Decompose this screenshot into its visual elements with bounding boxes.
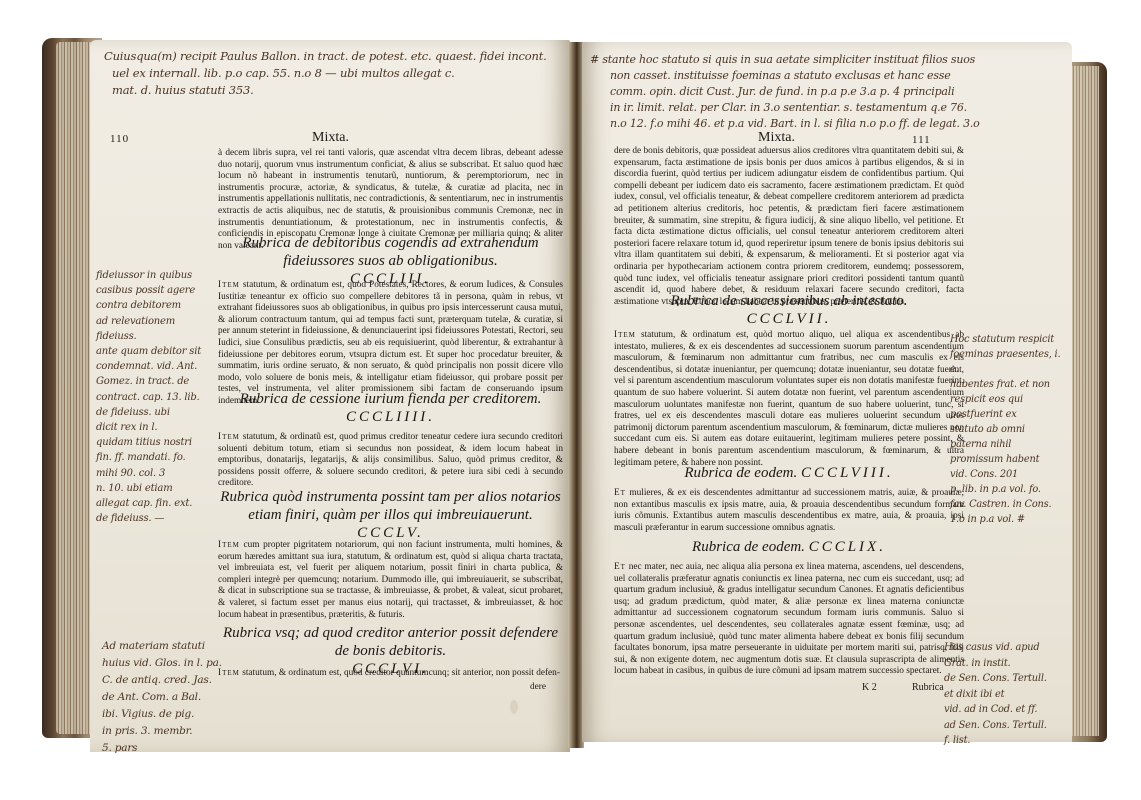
left-bottom-margin-note: Ad materiam statuti huius vid. Glos. in …: [102, 638, 222, 757]
right-bottom-margin-note: Hos casus vid. apud Grat. in instit. de …: [944, 640, 1069, 749]
page-number: 111: [912, 134, 931, 146]
rubric-heading-359: Rubrica de eodem. CCCLIX.: [614, 538, 964, 556]
paper-stain: [510, 700, 518, 714]
catchword: dere: [530, 682, 546, 694]
right-margin-note: Hoc statutum respicit foeminas praesente…: [950, 332, 1070, 527]
catchword: Rubrica: [912, 682, 944, 694]
note-line: uel ex internall. lib. p.o cap. 55. n.o …: [104, 65, 564, 82]
rubric-heading-354: Rubrica de cessione iurium fienda per cr…: [218, 390, 563, 426]
statute-text-359: Et nec mater, nec auia, nec aliqua alia …: [614, 562, 964, 678]
rubric-heading-355: Rubrica quòd instrumenta possint tam per…: [218, 488, 563, 542]
left-margin-note: fideiussor in quibus casibus possit ager…: [96, 268, 216, 526]
statute-text-355: Item cum propter pigritatem notariorum, …: [218, 540, 563, 621]
running-head: Mixta.: [758, 130, 795, 146]
open-book: Cuiusqua(m) recipit Paulus Ballon. in tr…: [42, 34, 1107, 756]
statute-text-357: Item statutum, & ordinatum est, quòd mor…: [614, 330, 964, 469]
statute-text-354: Item statutum, & ordinatũ est, quod prim…: [218, 432, 563, 490]
rubric-heading-357: Rubrica de successionibus ab intestato. …: [614, 292, 964, 328]
right-page: # stante hoc statuto si quis in sua aeta…: [582, 42, 1072, 742]
rubric-heading-358: Rubrica de eodem. CCCLVIII.: [614, 464, 964, 482]
statute-text-358: Et mulieres, & ex eis descendentes admit…: [614, 488, 964, 534]
left-page: Cuiusqua(m) recipit Paulus Ballon. in tr…: [90, 40, 570, 752]
continuation-text: dere de bonis debitoris, quæ possideat a…: [614, 146, 964, 308]
left-top-handwritten-note: Cuiusqua(m) recipit Paulus Ballon. in tr…: [104, 48, 564, 99]
statute-text-353: Item statutum, & ordinatum est, quod Pot…: [218, 280, 563, 408]
note-line: Cuiusqua(m) recipit Paulus Ballon. in tr…: [104, 48, 564, 65]
note-line: mat. d. huius statuti 353.: [104, 82, 564, 99]
page-number: 110: [110, 133, 129, 145]
right-top-handwritten-note: # stante hoc statuto si quis in sua aeta…: [590, 52, 1060, 132]
signature-mark: K 2: [862, 682, 877, 694]
statute-text-356: Item statutum, & ordinatum est, quòd cre…: [218, 668, 563, 680]
running-head: Mixta.: [312, 130, 349, 146]
